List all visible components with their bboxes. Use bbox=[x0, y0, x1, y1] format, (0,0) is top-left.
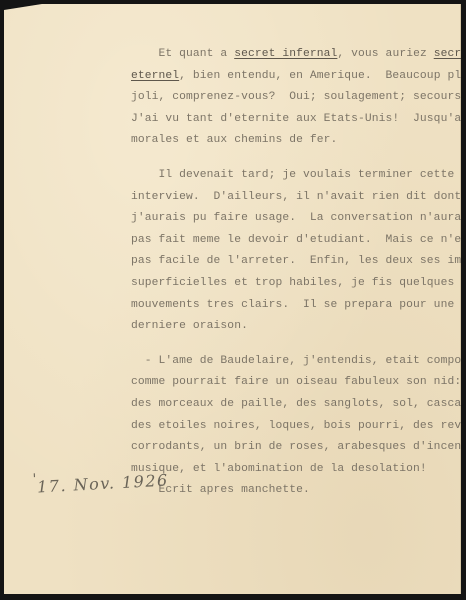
text-line: pas fait meme le devoir d'etudiant. Mais… bbox=[131, 230, 451, 252]
text-line: mouvements tres clairs. Il se prepara po… bbox=[131, 295, 451, 317]
text-line: musique, et l'abomination de la desolati… bbox=[131, 459, 451, 481]
text-segment: musique, et l'abomination de la desolati… bbox=[131, 463, 427, 475]
text-segment: , vous auriez bbox=[337, 48, 433, 60]
text-segment: superficielles et trop habiles, je fis q… bbox=[131, 277, 454, 289]
text-segment: mouvements tres clairs. Il se prepara po… bbox=[131, 299, 454, 311]
text-segment: corrodants, un brin de roses, arabesques… bbox=[131, 441, 466, 453]
text-segment: - L'ame de Baudelaire, j'entendis, etait… bbox=[131, 355, 466, 367]
handwritten-mark: ' bbox=[32, 471, 38, 487]
text-segment: joli, comprenez-vous? Oui; soulagement; … bbox=[131, 91, 466, 103]
typewritten-text: Et quant a secret infernal, vous auriez … bbox=[131, 44, 451, 502]
text-line: derniere oraison. bbox=[131, 316, 451, 338]
text-segment: , bien entendu, en Amerique. Beaucoup pl… bbox=[179, 70, 466, 82]
text-line: eternel, bien entendu, en Amerique. Beau… bbox=[131, 66, 451, 88]
text-segment: Il devenait tard; je voulais terminer ce… bbox=[131, 169, 454, 181]
text-line: Ecrit apres manchette. bbox=[131, 480, 451, 502]
text-segment: Et quant a bbox=[131, 48, 234, 60]
text-segment: pas fait meme le devoir d'etudiant. Mais… bbox=[131, 234, 466, 246]
text-segment: interview. D'ailleurs, il n'avait rien d… bbox=[131, 191, 461, 203]
text-line: superficielles et trop habiles, je fis q… bbox=[131, 273, 451, 295]
text-line: - L'ame de Baudelaire, j'entendis, etait… bbox=[131, 351, 451, 373]
text-line: comme pourrait faire un oiseau fabuleux … bbox=[131, 372, 451, 394]
text-segment: derniere oraison. bbox=[131, 320, 248, 332]
text-segment: des etoiles noires, loques, bois pourri,… bbox=[131, 420, 466, 432]
text-line: pas facile de l'arreter. Enfin, les deux… bbox=[131, 251, 451, 273]
document-page: Et quant a secret infernal, vous auriez … bbox=[4, 4, 461, 594]
text-line: interview. D'ailleurs, il n'avait rien d… bbox=[131, 187, 451, 209]
text-line: j'aurais pu faire usage. La conversation… bbox=[131, 208, 451, 230]
text-segment: j'aurais pu faire usage. La conversation… bbox=[131, 212, 466, 224]
text-line: des morceaux de paille, des sanglots, so… bbox=[131, 394, 451, 416]
underlined-phrase: secret bbox=[434, 48, 466, 60]
paragraph-gap bbox=[131, 338, 451, 351]
text-line: Et quant a secret infernal, vous auriez … bbox=[131, 44, 451, 66]
text-segment: J'ai vu tant d'eternite aux Etats-Unis! … bbox=[131, 113, 466, 125]
text-line: corrodants, un brin de roses, arabesques… bbox=[131, 437, 451, 459]
text-line: J'ai vu tant d'eternite aux Etats-Unis! … bbox=[131, 109, 451, 131]
underlined-phrase: eternel bbox=[131, 70, 179, 82]
text-line: morales et aux chemins de fer. bbox=[131, 130, 451, 152]
text-segment: morales et aux chemins de fer. bbox=[131, 134, 337, 146]
text-segment: des morceaux de paille, des sanglots, so… bbox=[131, 398, 466, 410]
text-line: joli, comprenez-vous? Oui; soulagement; … bbox=[131, 87, 451, 109]
text-segment: comme pourrait faire un oiseau fabuleux … bbox=[131, 376, 461, 388]
text-line: Il devenait tard; je voulais terminer ce… bbox=[131, 165, 451, 187]
underlined-phrase: secret infernal bbox=[234, 48, 337, 60]
text-line: des etoiles noires, loques, bois pourri,… bbox=[131, 416, 451, 438]
paragraph-gap bbox=[131, 152, 451, 165]
text-segment: pas facile de l'arreter. Enfin, les deux… bbox=[131, 255, 466, 267]
